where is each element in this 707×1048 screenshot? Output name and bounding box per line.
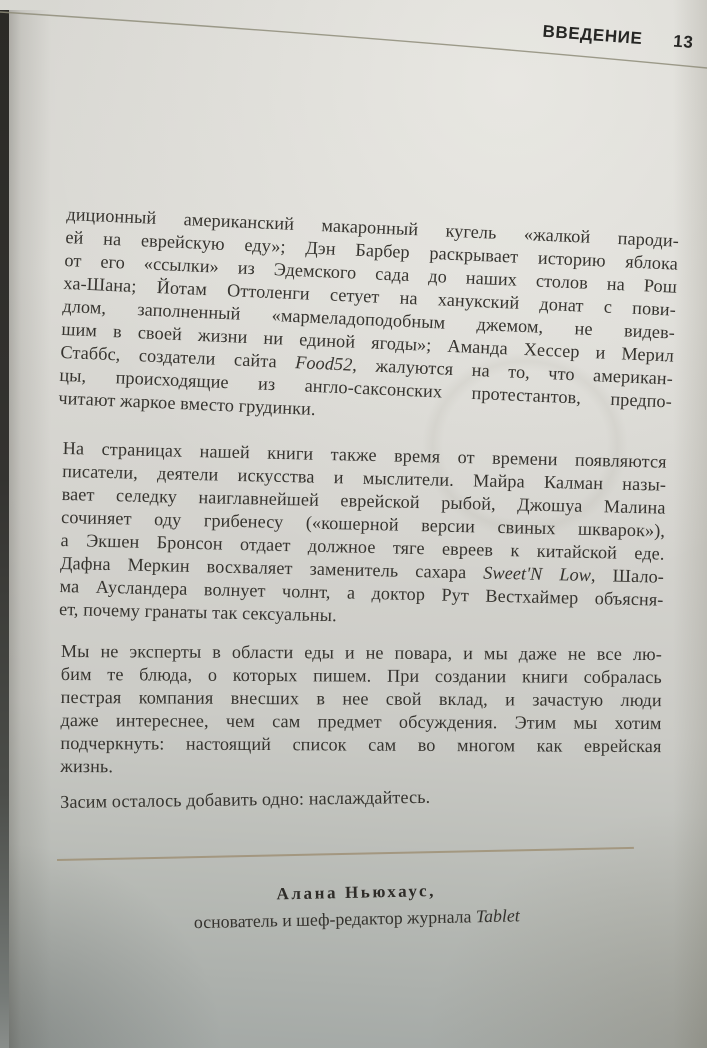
text-line: Мы не эксперты в области еды и не повара…: [61, 640, 662, 666]
text-line: Засим осталось добавить одно: наслаждайт…: [60, 783, 661, 814]
text-line: жизнь.: [60, 755, 661, 781]
text-line: бим те блюда, о которых пишем. При созда…: [61, 663, 662, 689]
paragraph-1: диционный американский макаронный кугель…: [58, 203, 679, 437]
text-line: подчеркнуть: настоящий список сам во мно…: [60, 732, 661, 758]
paragraph-3: Мы не эксперты в области еды и не повара…: [60, 640, 662, 781]
signature-block: Алана Ньюхаус, основатель и шеф-редактор…: [57, 846, 655, 936]
paragraph-2: На страницах нашей книги также время от …: [59, 437, 667, 635]
page-left-shadow: [9, 10, 51, 1048]
book-page-photo: ВВЕДЕНИЕ 13 диционный американский макар…: [0, 0, 707, 1048]
page-number: 13: [672, 31, 694, 52]
page-right-shade: [673, 0, 707, 1048]
page-left-dark-edge: [0, 10, 9, 1048]
text-line: даже интереснее, чем сам предмет обсужде…: [61, 709, 662, 735]
signature-divider: [57, 847, 634, 861]
closing-line: Засим осталось добавить одно: наслаждайт…: [60, 783, 661, 814]
text-line: пестрая компания внесших в нее свой вкла…: [61, 686, 662, 712]
